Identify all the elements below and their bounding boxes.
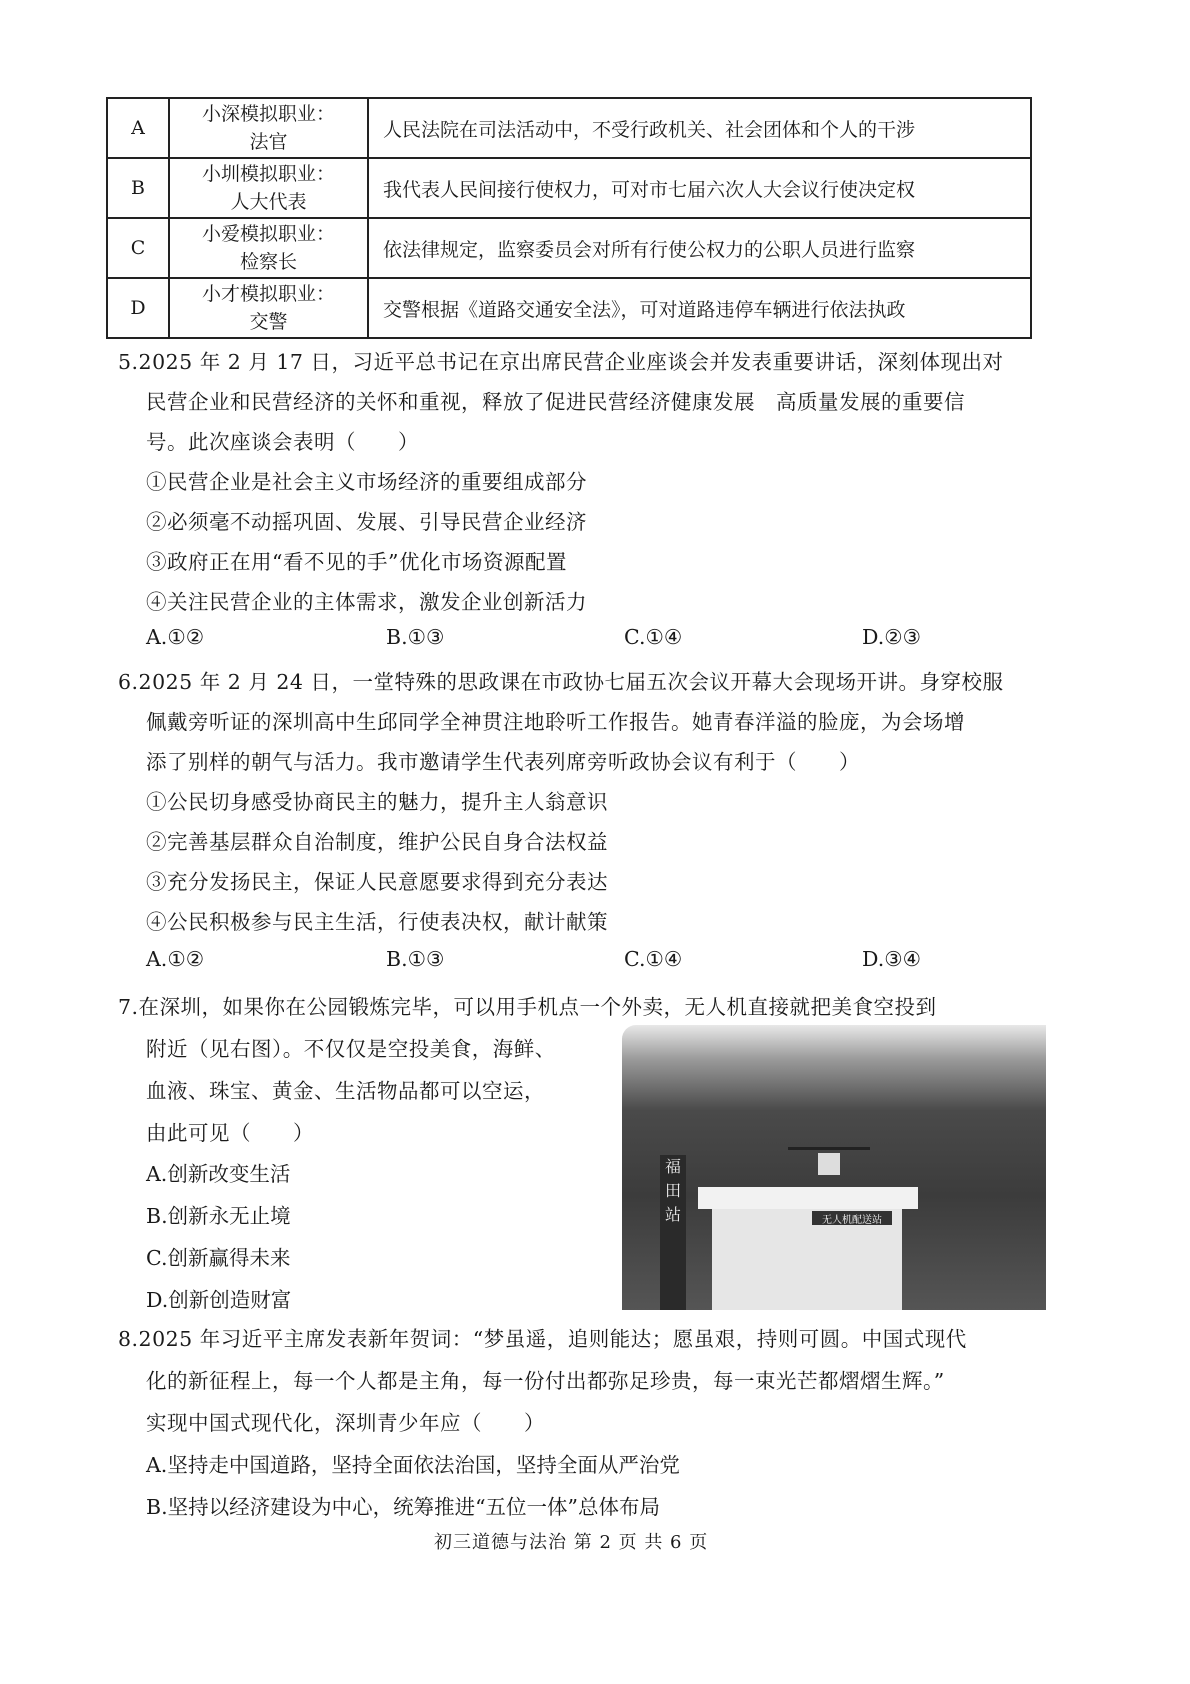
q7-stem-3: 血液、珠宝、黄金、生活物品都可以空运， <box>146 1074 545 1104</box>
q6-choice-a: A.①② <box>146 947 204 971</box>
q7-choice-d: D.创新创造财富 <box>146 1283 291 1313</box>
q5-stem-2: 民营企业和民营经济的关怀和重视，释放了促进民营经济健康发展 高质量发展的重要信 <box>146 385 965 415</box>
q6-choice-c: C.①④ <box>624 947 682 971</box>
page-footer: 初三道德与法治 第 2 页 共 6 页 <box>434 1528 708 1554</box>
option-desc: 人民法院在司法活动中，不受行政机关、社会团体和个人的干涉 <box>368 98 1031 158</box>
q7-stem-4: 由此可见（ ） <box>146 1116 314 1146</box>
option-letter: A <box>107 98 169 158</box>
q8-stem-2: 化的新征程上，每一个人都是主角，每一份付出都弥足珍贵，每一束光芒都熠熠生辉。” <box>146 1364 945 1394</box>
drone-icon <box>818 1153 840 1175</box>
table-row: A 小深模拟职业：法官 人民法院在司法活动中，不受行政机关、社会团体和个人的干涉 <box>107 98 1031 158</box>
q6-item-4: ④公民积极参与民主生活，行使表决权，献计献策 <box>146 905 608 935</box>
q5-item-1: ①民营企业是社会主义市场经济的重要组成部分 <box>146 465 587 495</box>
option-role: 小爱模拟职业：检察长 <box>169 218 368 278</box>
drone-kiosk: 无人机配送站 <box>712 1203 902 1310</box>
q8-stem-3: 实现中国式现代化，深圳青少年应（ ） <box>146 1406 545 1436</box>
option-letter: C <box>107 218 169 278</box>
q5-item-2: ②必须毫不动摇巩固、发展、引导民营企业经济 <box>146 505 587 535</box>
q8-choice-b: B.坚持以经济建设为中心，统筹推进“五位一体”总体布局 <box>146 1490 660 1520</box>
q6-item-1: ①公民切身感受协商民主的魅力，提升主人翁意识 <box>146 785 608 815</box>
option-desc: 依法律规定，监察委员会对所有行使公权力的公职人员进行监察 <box>368 218 1031 278</box>
option-role: 小深模拟职业：法官 <box>169 98 368 158</box>
table-row: C 小爱模拟职业：检察长 依法律规定，监察委员会对所有行使公权力的公职人员进行监… <box>107 218 1031 278</box>
q6-item-3: ③充分发扬民主，保证人民意愿要求得到充分表达 <box>146 865 608 895</box>
q6-stem-3: 添了别样的朝气与活力。我市邀请学生代表列席旁听政协会议有利于（ ） <box>146 745 860 775</box>
q7-choice-b: B.创新永无止境 <box>146 1199 291 1229</box>
q8-stem-1: 8.2025 年习近平主席发表新年贺词：“梦虽遥，追则能达；愿虽艰，持则可圆。中… <box>118 1322 967 1352</box>
q5-choice-a: A.①② <box>146 625 204 649</box>
q5-choice-c: C.①④ <box>624 625 682 649</box>
option-role: 小圳模拟职业：人大代表 <box>169 158 368 218</box>
q5-stem-3: 号。此次座谈会表明（ ） <box>146 425 419 455</box>
q5-choice-b: B.①③ <box>386 625 444 649</box>
table-row: D 小才模拟职业：交警 交警根据《道路交通安全法》，可对道路违停车辆进行依法执政 <box>107 278 1031 338</box>
drone-delivery-photo: 福田站 无人机配送站 <box>622 1025 1046 1310</box>
option-desc: 交警根据《道路交通安全法》，可对道路违停车辆进行依法执政 <box>368 278 1031 338</box>
q7-stem-1: 7.在深圳，如果你在公园锻炼完毕，可以用手机点一个外卖，无人机直接就把美食空投到 <box>118 990 937 1020</box>
q5-item-4: ④关注民营企业的主体需求，激发企业创新活力 <box>146 585 587 615</box>
option-desc: 我代表人民间接行使权力，可对市七届六次人大会议行使决定权 <box>368 158 1031 218</box>
q6-choice-b: B.①③ <box>386 947 444 971</box>
q5-choice-d: D.②③ <box>862 625 921 649</box>
q6-item-2: ②完善基层群众自治制度，维护公民自身合法权益 <box>146 825 608 855</box>
q8-choice-a: A.坚持走中国道路，坚持全面依法治国，坚持全面从严治党 <box>146 1448 680 1478</box>
q6-stem-2: 佩戴旁听证的深圳高中生邱同学全神贯注地聆听工作报告。她青春洋溢的脸庞，为会场增 <box>146 705 965 735</box>
q5-item-3: ③政府正在用“看不见的手”优化市场资源配置 <box>146 545 567 575</box>
q6-choice-d: D.③④ <box>862 947 921 971</box>
q6-stem-1: 6.2025 年 2 月 24 日，一堂特殊的思政课在市政协七届五次会议开幕大会… <box>118 665 1003 695</box>
q7-choice-c: C.创新赢得未来 <box>146 1241 290 1271</box>
table-row: B 小圳模拟职业：人大代表 我代表人民间接行使权力，可对市七届六次人大会议行使决… <box>107 158 1031 218</box>
q7-choice-a: A.创新改变生活 <box>146 1157 290 1187</box>
q7-stem-2: 附近（见右图）。不仅仅是空投美食，海鲜、 <box>146 1032 556 1062</box>
q5-stem-1: 5.2025 年 2 月 17 日，习近平总书记在京出席民营企业座谈会并发表重要… <box>118 345 1003 375</box>
station-sign: 福田站 <box>660 1155 686 1310</box>
option-letter: D <box>107 278 169 338</box>
exam-page: A 小深模拟职业：法官 人民法院在司法活动中，不受行政机关、社会团体和个人的干涉… <box>0 0 1190 1684</box>
kiosk-sign: 无人机配送站 <box>812 1211 892 1225</box>
option-role: 小才模拟职业：交警 <box>169 278 368 338</box>
options-table: A 小深模拟职业：法官 人民法院在司法活动中，不受行政机关、社会团体和个人的干涉… <box>106 97 1032 339</box>
option-letter: B <box>107 158 169 218</box>
